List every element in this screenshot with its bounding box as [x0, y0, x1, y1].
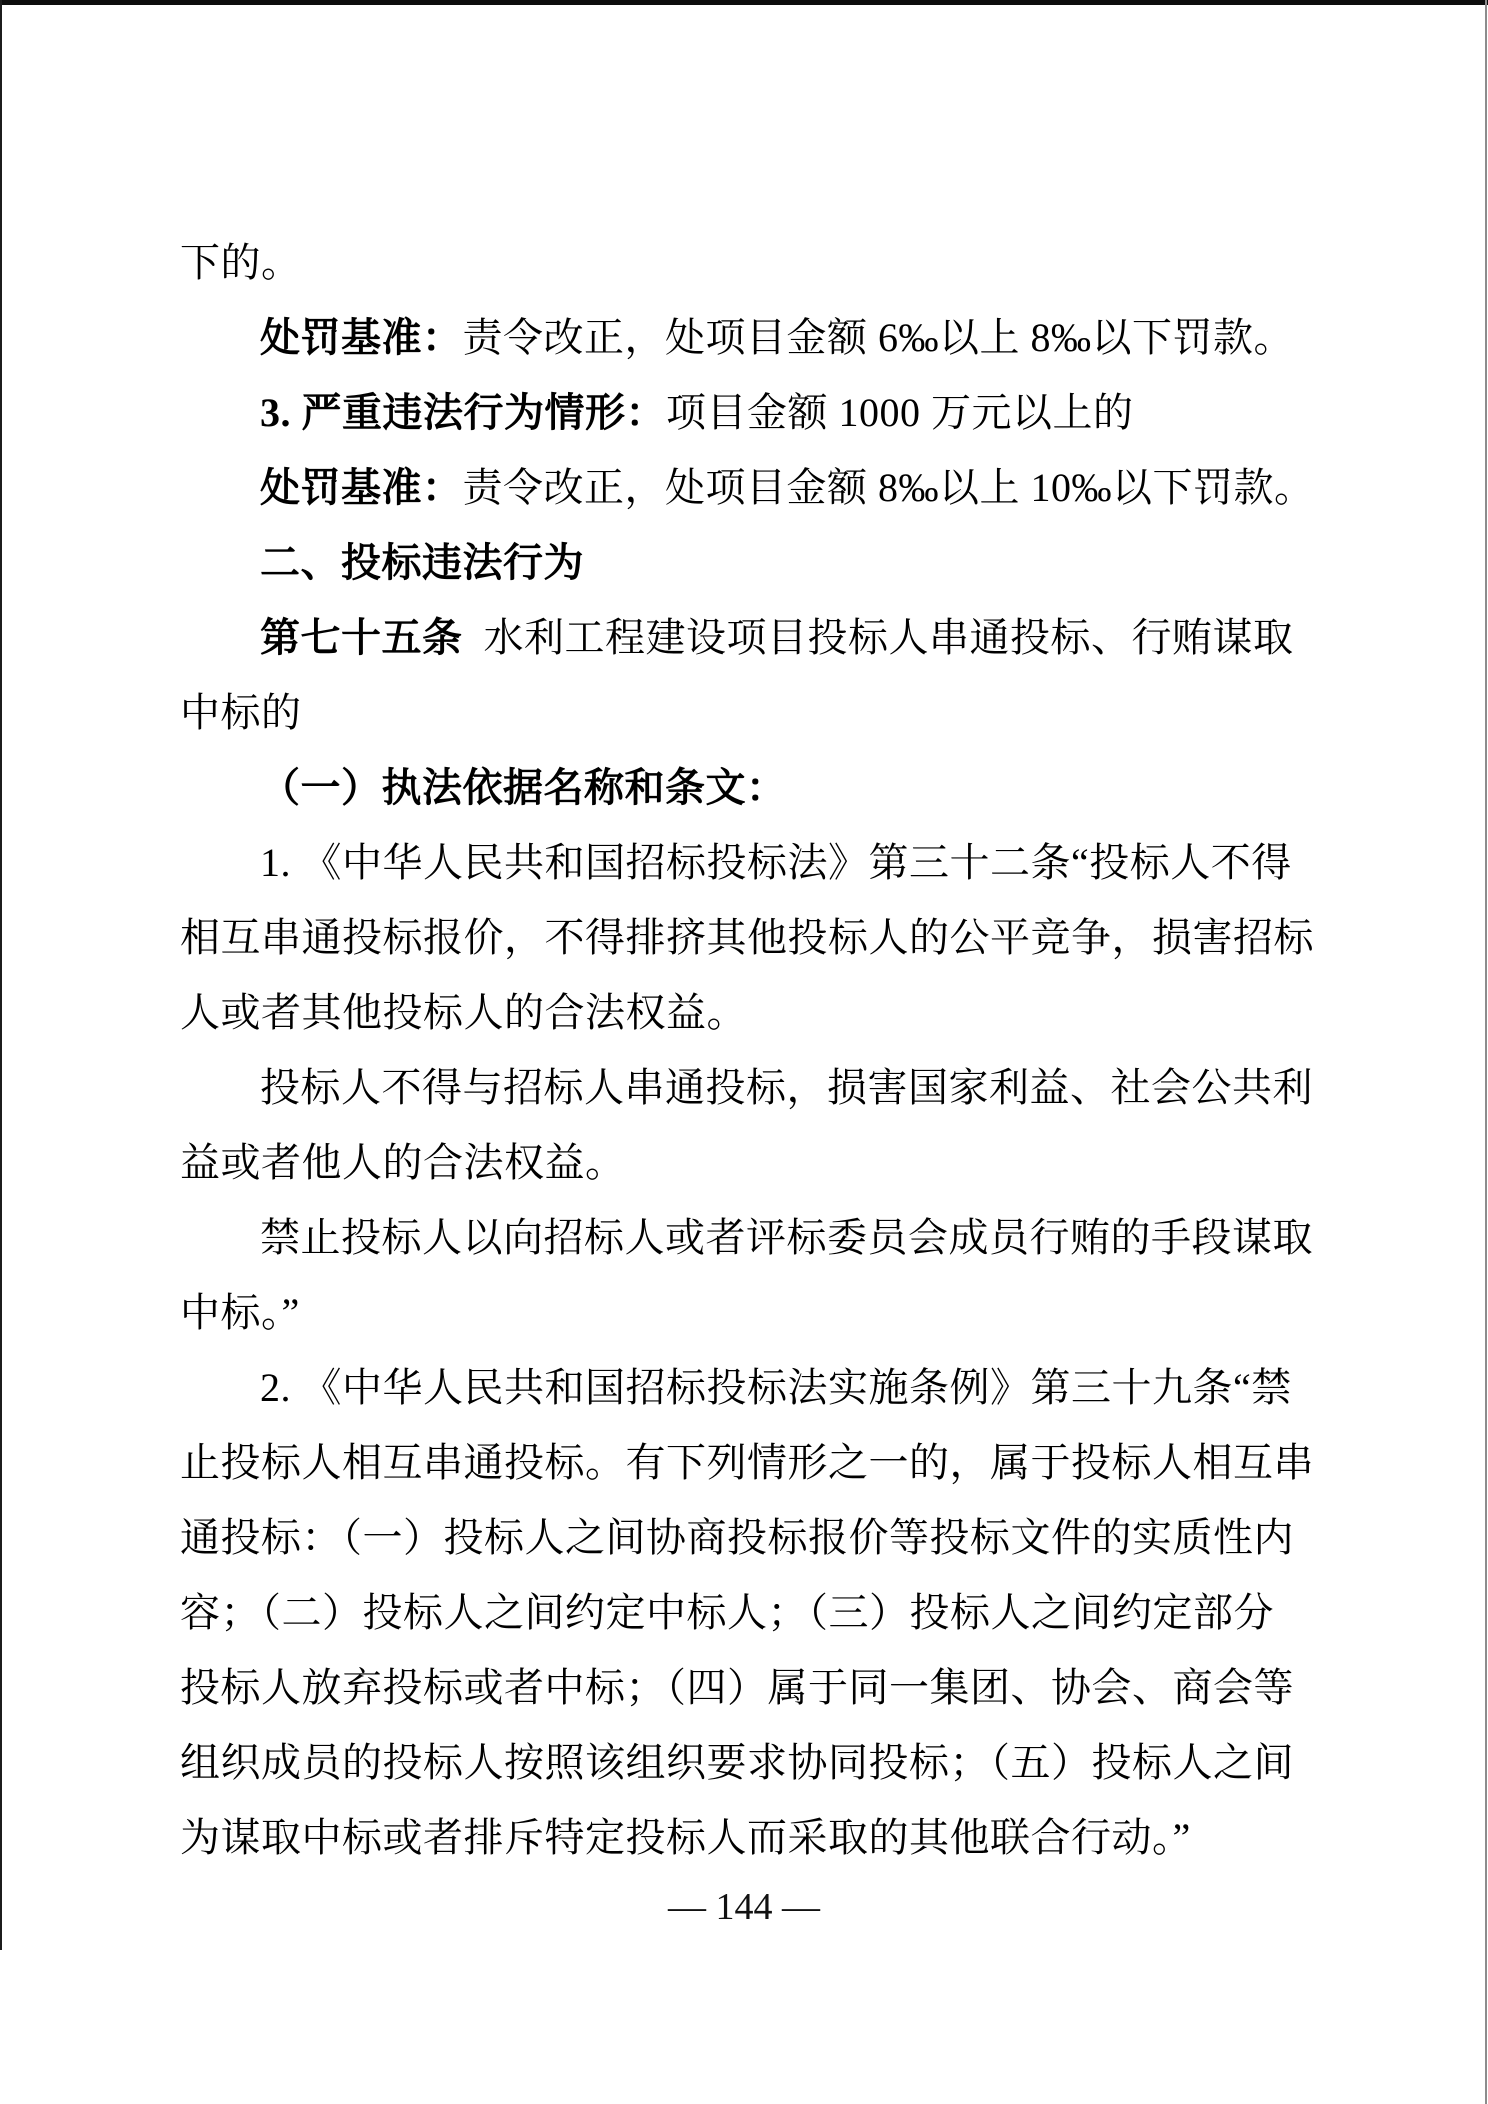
text-line: 下的。	[180, 225, 1360, 300]
emphasis-text-run: 第七十五条	[260, 616, 463, 660]
text-run: 禁止投标人以向招标人或者评标委员会成员行贿的手段谋取	[260, 1215, 1313, 1260]
text-run: 组织成员的投标人按照该组织要求协同投标；（五）投标人之间	[180, 1740, 1294, 1785]
text-run: 水利工程建设项目投标人串通投标、行贿谋取	[463, 615, 1294, 660]
text-line: 投标人放弃投标或者中标；（四）属于同一集团、协会、商会等	[180, 1650, 1360, 1725]
document-body: 下的。处罚基准：责令改正，处项目金额 6‰以上 8‰以下罚款。3. 严重违法行为…	[180, 225, 1360, 1875]
text-run: 为谋取中标或者排斥特定投标人而采取的其他联合行动。”	[180, 1815, 1191, 1860]
emphasis-text-run: 处罚基准：	[260, 465, 463, 510]
text-line: 禁止投标人以向招标人或者评标委员会成员行贿的手段谋取	[180, 1200, 1360, 1275]
text-run: 责令改正，处项目金额 8‰以上 10‰以下罚款。	[463, 465, 1315, 510]
text-line: 中标的	[180, 675, 1360, 750]
page-number: — 144 —	[0, 1885, 1488, 1929]
text-run: 1. 《中华人民共和国招标投标法》第三十二条“投标人不得	[260, 840, 1292, 885]
text-line: 2. 《中华人民共和国招标投标法实施条例》第三十九条“禁	[180, 1350, 1360, 1425]
text-run: 责令改正，处项目金额 6‰以上 8‰以下罚款。	[463, 315, 1295, 360]
text-line: 中标。”	[180, 1275, 1360, 1350]
text-run: 项目金额 1000 万元以上的	[666, 390, 1134, 435]
text-line: 容；（二）投标人之间约定中标人；（三）投标人之间约定部分	[180, 1575, 1360, 1650]
page-top-border	[0, 0, 1488, 5]
text-line: 二、投标违法行为	[180, 525, 1360, 600]
text-run: 通投标：（一）投标人之间协商投标报价等投标文件的实质性内	[180, 1515, 1294, 1560]
text-run: 益或者他人的合法权益。	[180, 1140, 626, 1185]
text-line: 相互串通投标报价，不得排挤其他投标人的公平竞争，损害招标	[180, 900, 1360, 975]
text-run: 2. 《中华人民共和国招标投标法实施条例》第三十九条“禁	[260, 1365, 1292, 1410]
text-line: 1. 《中华人民共和国招标投标法》第三十二条“投标人不得	[180, 825, 1360, 900]
text-line: 3. 严重违法行为情形：项目金额 1000 万元以上的	[180, 375, 1360, 450]
text-run: 中标的	[180, 690, 302, 735]
emphasis-text-run: （一）执法依据名称和条文：	[260, 765, 787, 810]
emphasis-text-run: 3. 严重违法行为情形：	[260, 390, 666, 435]
text-line: 处罚基准：责令改正，处项目金额 8‰以上 10‰以下罚款。	[180, 450, 1360, 525]
text-line: 组织成员的投标人按照该组织要求协同投标；（五）投标人之间	[180, 1725, 1360, 1800]
text-run: 人或者其他投标人的合法权益。	[180, 990, 747, 1035]
text-run: 容；（二）投标人之间约定中标人；（三）投标人之间约定部分	[180, 1590, 1274, 1635]
emphasis-text-run: 处罚基准：	[260, 315, 463, 360]
text-run: 止投标人相互串通投标。有下列情形之一的，属于投标人相互串	[180, 1440, 1314, 1485]
text-line: 为谋取中标或者排斥特定投标人而采取的其他联合行动。”	[180, 1800, 1360, 1875]
emphasis-text-run: 二、投标违法行为	[260, 541, 584, 585]
text-line: 人或者其他投标人的合法权益。	[180, 975, 1360, 1050]
text-line: 通投标：（一）投标人之间协商投标报价等投标文件的实质性内	[180, 1500, 1360, 1575]
text-run: 投标人放弃投标或者中标；（四）属于同一集团、协会、商会等	[180, 1665, 1294, 1710]
text-run: 中标。”	[180, 1290, 300, 1335]
text-run: 投标人不得与招标人串通投标，损害国家利益、社会公共利	[260, 1065, 1313, 1110]
text-line: （一）执法依据名称和条文：	[180, 750, 1360, 825]
text-run: 下的。	[180, 240, 302, 285]
text-line: 投标人不得与招标人串通投标，损害国家利益、社会公共利	[180, 1050, 1360, 1125]
text-line: 第七十五条 水利工程建设项目投标人串通投标、行贿谋取	[180, 600, 1360, 675]
text-line: 处罚基准：责令改正，处项目金额 6‰以上 8‰以下罚款。	[180, 300, 1360, 375]
page-left-border	[0, 0, 2, 1950]
text-line: 益或者他人的合法权益。	[180, 1125, 1360, 1200]
text-run: 相互串通投标报价，不得排挤其他投标人的公平竞争，损害招标	[180, 915, 1314, 960]
text-line: 止投标人相互串通投标。有下列情形之一的，属于投标人相互串	[180, 1425, 1360, 1500]
page-right-border	[1485, 0, 1487, 2104]
